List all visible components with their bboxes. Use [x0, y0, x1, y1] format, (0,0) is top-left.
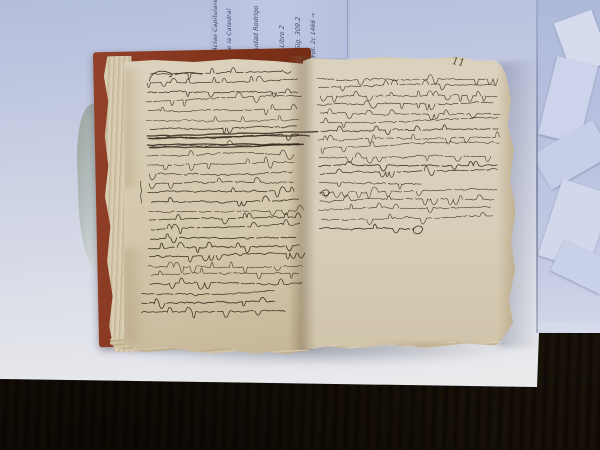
left-page: [124, 58, 306, 354]
archive-photo: Actas Capitulares de la Catedral Ciudad …: [0, 0, 600, 450]
note-line: Actas Capitulares: [212, 0, 220, 52]
note-paper-edge: [347, 0, 348, 58]
right-page: [303, 55, 515, 352]
book-gutter: [288, 56, 316, 350]
note-line: Sig. 309.2: [294, 16, 302, 50]
folio-number: 11: [451, 56, 465, 69]
page-stain: [124, 248, 146, 343]
page-stain: [124, 68, 142, 188]
paper-slip-edge: [537, 321, 600, 333]
note-line: Fot. 2c 1466 →: [310, 13, 318, 58]
note-line: Libro 2: [278, 25, 286, 48]
note-line: de la Catedral: [226, 8, 234, 54]
loose-papers-area: [537, 0, 600, 333]
